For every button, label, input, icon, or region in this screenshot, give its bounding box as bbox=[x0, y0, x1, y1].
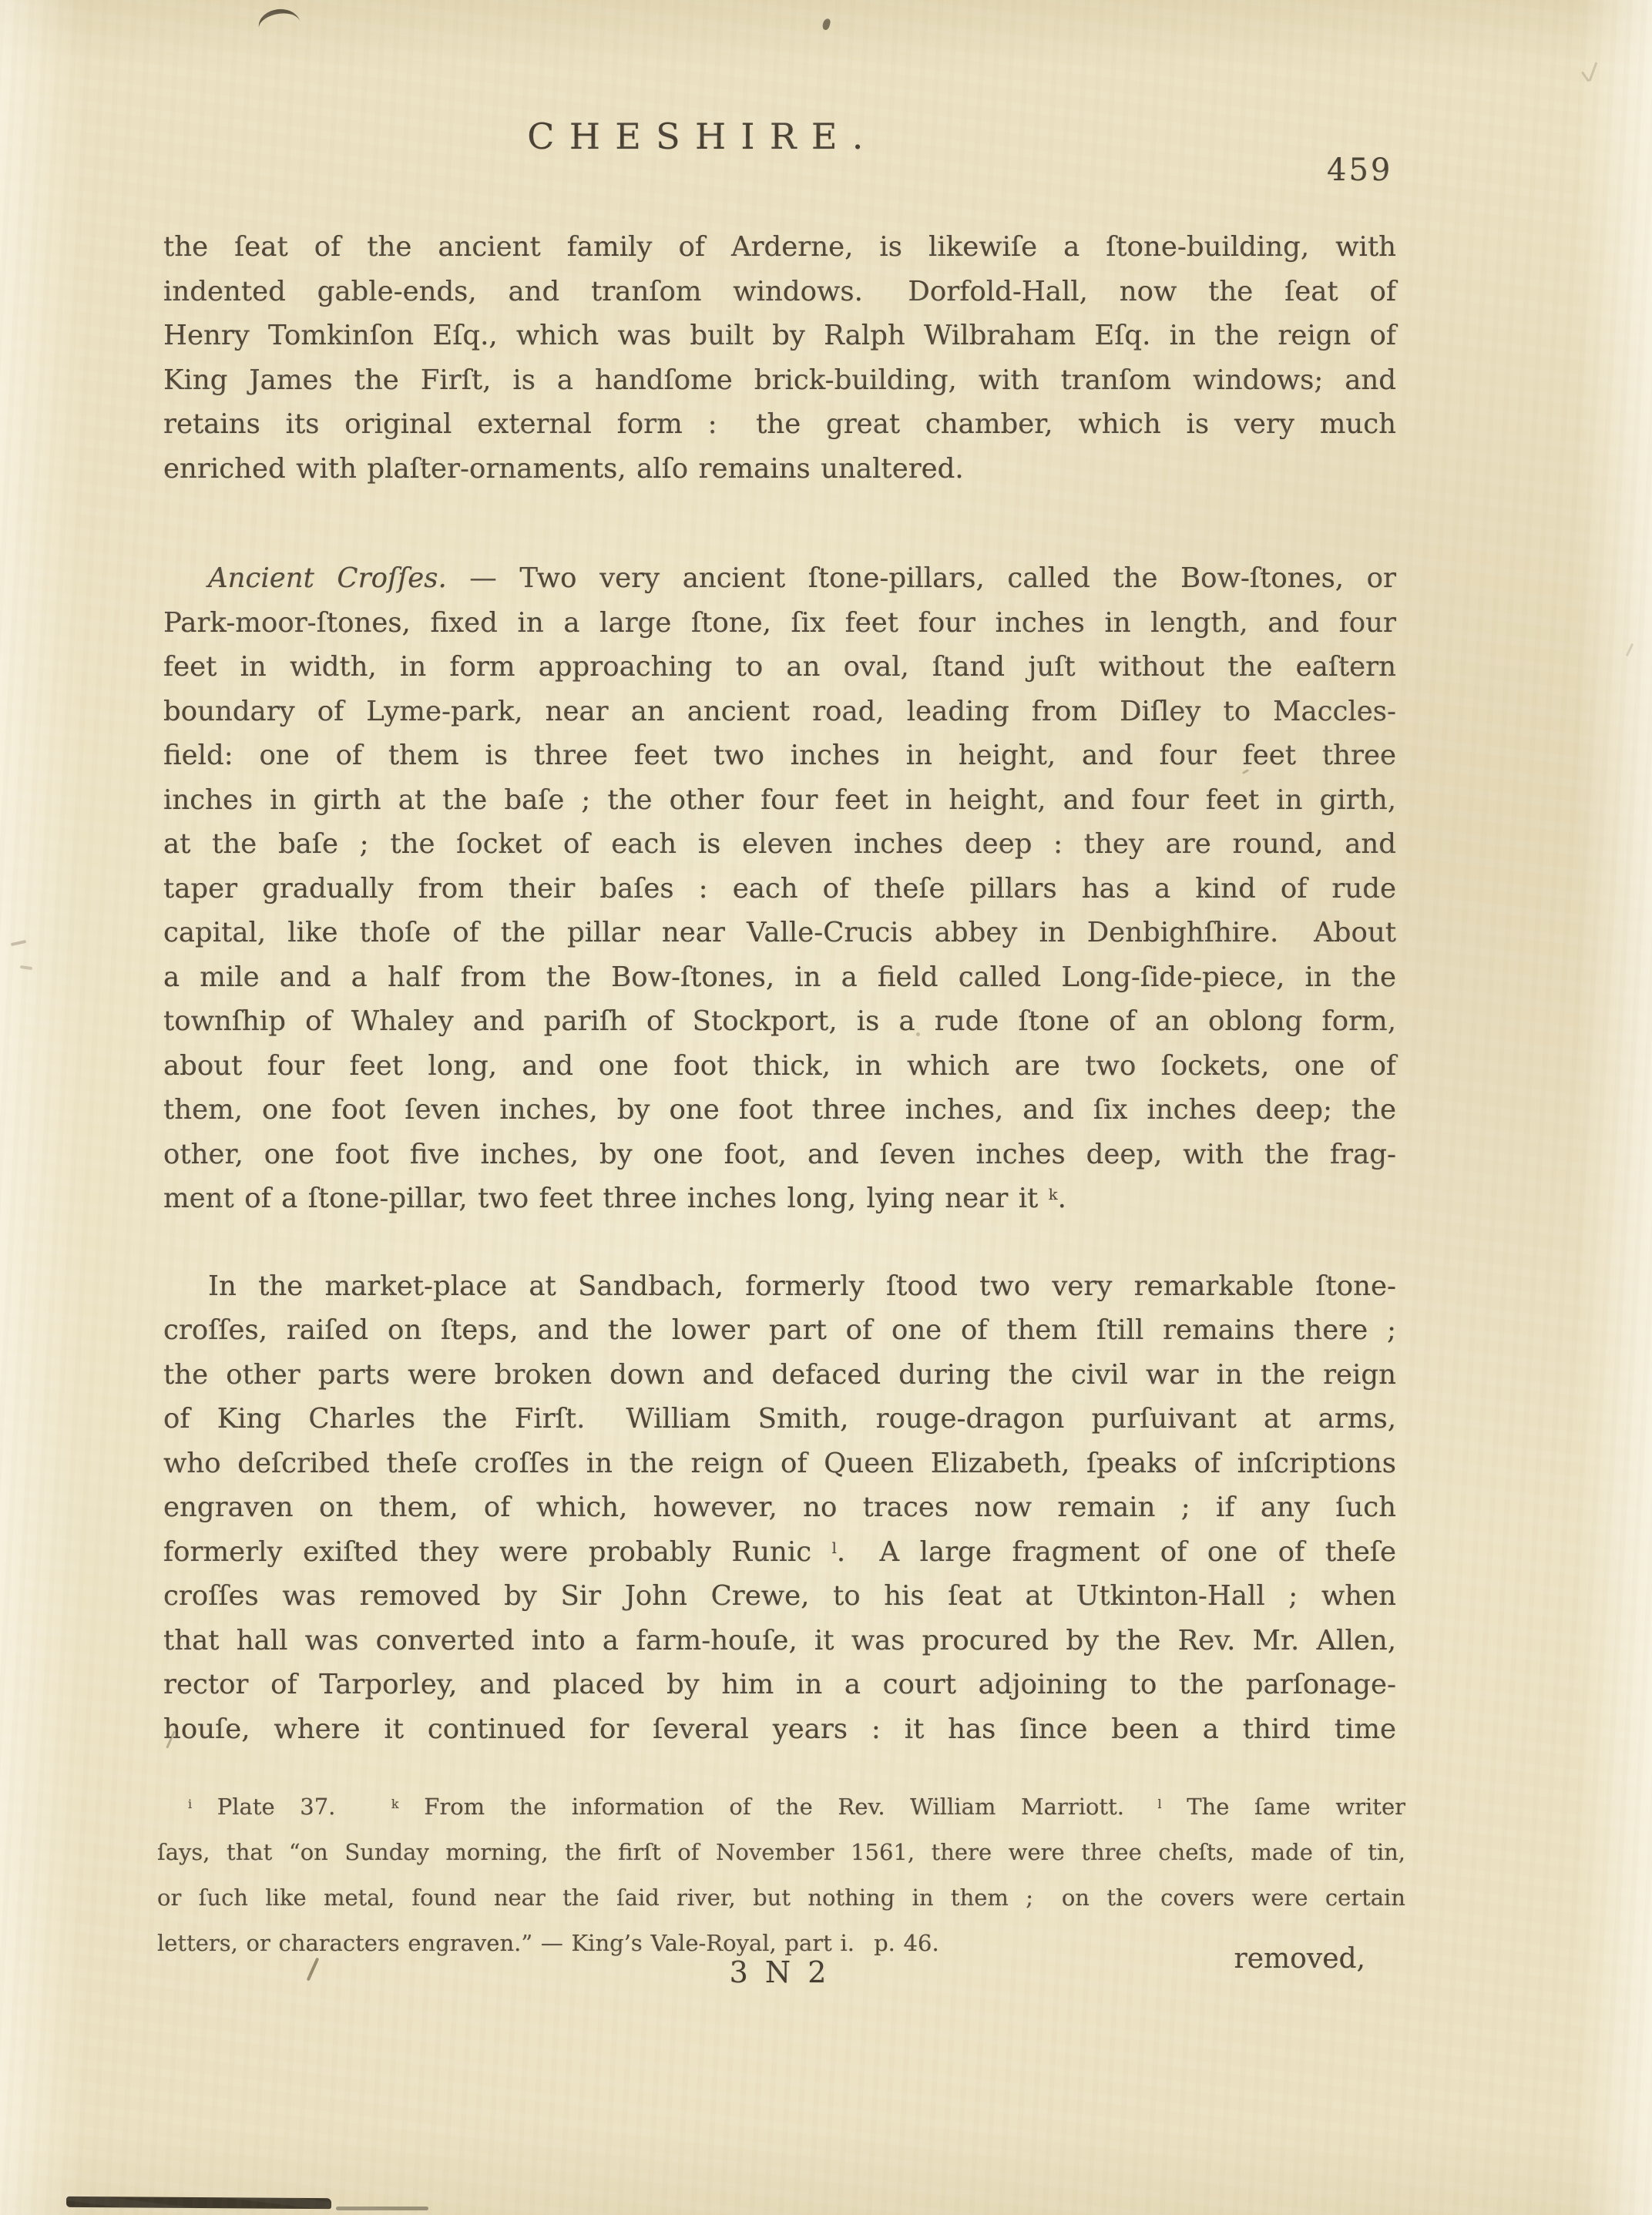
text-line: inches in girth at the baſe ; the other … bbox=[163, 778, 1396, 823]
catchword: removed, bbox=[163, 1943, 1365, 1975]
text-line: croſſes was removed by Sir John Crewe, t… bbox=[163, 1574, 1396, 1619]
text-line: taper gradually from their baſes : each … bbox=[163, 867, 1396, 911]
text-line: about four feet long, and one foot thick… bbox=[163, 1044, 1396, 1089]
text-line: who deſcribed theſe croſſes in the reign… bbox=[163, 1441, 1396, 1486]
text-line: houſe, where it continued for ſeveral ye… bbox=[163, 1707, 1396, 1752]
text-line: the other parts were broken down and def… bbox=[163, 1353, 1396, 1398]
text-line: of King Charles the Firſt. William Smith… bbox=[163, 1397, 1396, 1441]
text-line: Ancient Croſſes. — Two very ancient ſton… bbox=[163, 556, 1396, 601]
text-line: King James the Firſt, is a handſome bric… bbox=[163, 358, 1396, 403]
text-line: at the baſe ; the ſocket of each is elev… bbox=[163, 822, 1396, 867]
text-line: that hall was converted into a farm-houſ… bbox=[163, 1619, 1396, 1663]
text-line: ſays, that “on Sunday morning, the firſt… bbox=[157, 1830, 1405, 1875]
text-line: retains its original external form : the… bbox=[163, 402, 1396, 447]
ink-mark-margin-dash bbox=[20, 965, 32, 970]
page-number: 459 bbox=[1327, 153, 1392, 188]
paragraph-3: In the market-place at Sandbach, formerl… bbox=[163, 1264, 1396, 1752]
text-line: engraven on them, of which, however, no … bbox=[163, 1485, 1396, 1530]
text-line: boundary of Lyme-park, near an ancient r… bbox=[163, 690, 1396, 734]
text-line: field: one of them is three feet two inc… bbox=[163, 733, 1396, 778]
text-line: capital, like thoſe of the pillar near V… bbox=[163, 911, 1396, 955]
text-line: i Plate 37. k From the information of th… bbox=[157, 1784, 1405, 1830]
text-line: a mile and a half from the Bow-ſtones, i… bbox=[163, 955, 1396, 1000]
text-line: Park-moor-ſtones, fixed in a large ſtone… bbox=[163, 601, 1396, 646]
page-edge-shadow bbox=[66, 2197, 331, 2209]
text-line: townſhip of Whaley and pariſh of Stockpo… bbox=[163, 999, 1396, 1044]
ink-mark-tick bbox=[821, 18, 831, 31]
text-line: ment of a ſtone-pillar, two feet three i… bbox=[163, 1176, 1396, 1221]
text-line: the ſeat of the ancient family of Ardern… bbox=[163, 225, 1396, 270]
text-line: formerly exiſted they were probably Runi… bbox=[163, 1530, 1396, 1575]
text-line: or ſuch like metal, found near the ſaid … bbox=[157, 1875, 1405, 1921]
ink-mark-curl bbox=[256, 5, 301, 34]
text-line: croſſes, raiſed on ſteps, and the lower … bbox=[163, 1308, 1396, 1353]
ink-mark-check bbox=[1589, 62, 1598, 81]
paragraph-1: the ſeat of the ancient family of Ardern… bbox=[163, 225, 1396, 491]
text-line: In the market-place at Sandbach, formerl… bbox=[163, 1264, 1396, 1309]
paragraph-2: Ancient Croſſes. — Two very ancient ſton… bbox=[163, 556, 1396, 1221]
scanned-book-page: CHESHIRE. 459 the ſeat of the ancient fa… bbox=[0, 0, 1652, 2215]
text-line: rector of Tarporley, and placed by him i… bbox=[163, 1663, 1396, 1707]
ink-mark-margin-dash bbox=[11, 940, 26, 946]
text-line: enriched with plaſter-ornaments, alſo re… bbox=[163, 447, 1396, 492]
text-line: Henry Tomkinſon Eſq., which was built by… bbox=[163, 314, 1396, 358]
body-text: the ſeat of the ancient family of Ardern… bbox=[163, 225, 1396, 1751]
page-header-title: CHESHIRE. bbox=[163, 116, 1242, 157]
text-line: them, one foot ſeven inches, by one foot… bbox=[163, 1088, 1396, 1133]
page-edge-shadow bbox=[336, 2207, 428, 2210]
text-line: feet in width, in form approaching to an… bbox=[163, 645, 1396, 690]
text-line: other, one foot five inches, by one foot… bbox=[163, 1133, 1396, 1177]
text-line: indented gable-ends, and tranſom windows… bbox=[163, 270, 1396, 314]
ink-speck bbox=[1626, 643, 1634, 657]
footnote-block: i Plate 37. k From the information of th… bbox=[157, 1784, 1405, 1966]
ink-mark-check bbox=[1581, 71, 1590, 82]
